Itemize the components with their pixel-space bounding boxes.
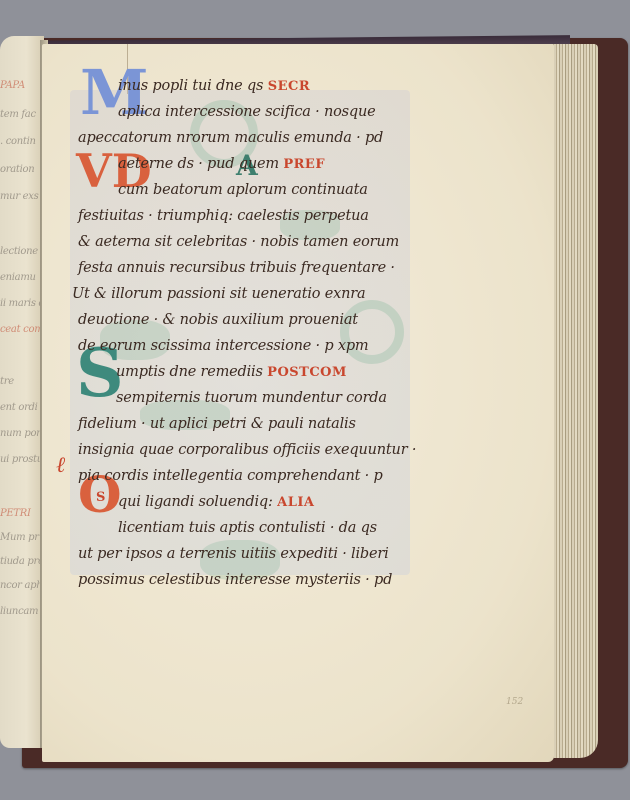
rubric-secr: SECR: [268, 79, 310, 94]
text-line: pia cordis intellegentia comprehendant ·…: [78, 468, 383, 484]
text-line: de eorum scissima intercessione · p xpm: [78, 338, 368, 354]
manuscript-viewer: PAPA tem fac . contin oration mur exs le…: [0, 0, 630, 800]
folio-number: 152: [506, 697, 523, 707]
line-text: aeterne ds · pud quem: [118, 156, 279, 172]
text-line: festiuitas · triumphiq: caelestis perpet…: [78, 208, 369, 224]
left-page-line: Mum pr: [0, 532, 39, 543]
interlace-ring: [340, 300, 404, 364]
text-line: aplica intercessione scifica · nosque: [118, 104, 375, 120]
facing-left-page: PAPA tem fac . contin oration mur exs le…: [0, 36, 44, 748]
text-line: sempiternis tuorum mundentur corda: [116, 390, 387, 406]
text-line: inus popli tui dne qs SECR: [118, 78, 310, 94]
text-line: apeccatorum nrorum maculis emunda · pd: [78, 130, 383, 146]
margin-mark: ℓ: [56, 452, 65, 478]
left-page-line: ceat com: [0, 324, 43, 335]
initial-o-inner-letter: S: [96, 490, 105, 505]
left-page-line: liuncam: [0, 606, 38, 617]
text-line: qui ligandi soluendiq: ALIA: [118, 494, 315, 510]
text-line: festa annuis recursibus tribuis frequent…: [78, 260, 395, 276]
left-page-line: tre: [0, 376, 14, 387]
text-line: insignia quae corporalibus officiis exeq…: [78, 442, 416, 458]
left-page-line: lectione: [0, 246, 38, 257]
line-text: qui ligandi soluendiq:: [118, 494, 273, 510]
left-page-line: PAPA: [0, 80, 25, 91]
text-line: umptis dne remediis POSTCOM: [116, 364, 347, 380]
text-line: possimus celestibus interesse mysteriis …: [78, 572, 392, 588]
text-line: ut per ipsos a terrenis uitiis expediti …: [78, 546, 389, 562]
text-line: licentiam tuis aptis contulisti · da qs: [118, 520, 377, 536]
left-page-line: ncor aph: [0, 580, 42, 591]
left-page-line: mur exs: [0, 191, 38, 202]
line-text: inus popli tui dne qs: [118, 78, 263, 94]
text-line: fidelium · ut aplici petri & pauli natal…: [78, 416, 356, 432]
left-page-line: tem fac: [0, 109, 36, 120]
left-page-line: oration: [0, 164, 34, 175]
left-page-line: ent ordi cre: [0, 402, 44, 413]
rubric-postcom: POSTCOM: [267, 365, 347, 380]
left-page-line: tiuda pro: [0, 556, 44, 567]
rubric-pref: PREF: [283, 157, 325, 172]
text-line: deuotione · & nobis auxilium proueniat: [78, 312, 358, 328]
text-line: Ut & illorum passioni sit ueneratio exnr…: [72, 286, 365, 302]
line-text: umptis dne remediis: [116, 364, 263, 380]
left-page-line: . contin: [0, 136, 36, 147]
rubric-alia: ALIA: [277, 495, 314, 510]
left-page-line: ui prostus fidel: [0, 454, 44, 465]
left-page-line: num por: [0, 428, 41, 439]
left-page-line: PETRI: [0, 508, 31, 519]
left-page-line: eniamu: [0, 272, 36, 283]
text-line: cum beatorum aplorum continuata: [118, 182, 368, 198]
page-fore-edge: [548, 44, 598, 758]
left-page-line: ii maris debit: [0, 298, 44, 309]
text-line: aeterne ds · pud quem PREF: [118, 156, 325, 172]
text-line: & aeterna sit celebritas · nobis tamen e…: [78, 234, 399, 250]
